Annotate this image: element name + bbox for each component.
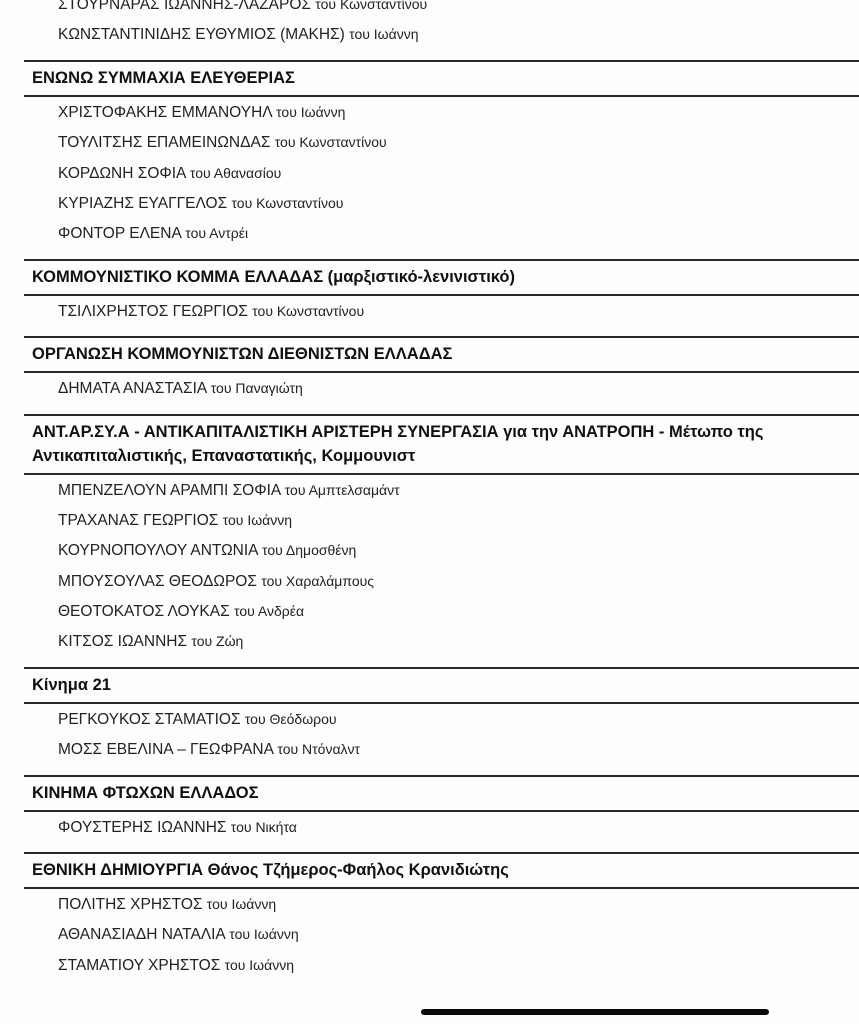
candidate-patronymic: του Ανδρέα [234, 603, 304, 619]
candidate-patronymic: του Ιωάννη [223, 512, 292, 528]
candidate-name: ΜΠΟΥΣΟΥΛΑΣ ΘΕΟΔΩΡΟΣ [58, 573, 257, 590]
candidate-row: ΑΘΑΝΑΣΙΑΔΗ ΝΑΤΑΛΙΑ του Ιωάννη [0, 919, 859, 949]
candidate-patronymic: του Ιωάννη [349, 26, 418, 42]
candidate-name: ΧΡΙΣΤΟΦΑΚΗΣ ΕΜΜΑΝΟΥΗΛ [58, 104, 272, 121]
candidate-name: ΚΩΝΣΤΑΝΤΙΝΙΔΗΣ ΕΥΘΥΜΙΟΣ (ΜΑΚΗΣ) [58, 26, 345, 43]
candidate-patronymic: του Ιωάννη [225, 957, 294, 973]
candidate-name: ΦΟΥΣΤΕΡΗΣ ΙΩΑΝΝΗΣ [58, 819, 226, 836]
candidate-row: ΚΟΥΡΝΟΠΟΥΛΟΥ ΑΝΤΩΝΙΑ του Δημοσθένη [0, 535, 859, 565]
candidate-name: ΚΥΡΙΑΖΗΣ ΕΥΑΓΓΕΛΟΣ [58, 195, 227, 212]
candidate-patronymic: του Κωνσταντίνου [275, 134, 387, 150]
candidate-patronymic: του Αθανασίου [190, 165, 281, 181]
candidate-row: ΡΕΓΚΟΥΚΟΣ ΣΤΑΜΑΤΙΟΣ του Θεόδωρου [0, 704, 859, 734]
candidate-patronymic: του Αντρέι [185, 225, 248, 241]
candidate-name: ΤΟΥΛΙΤΣΗΣ ΕΠΑΜΕΙΝΩΝΔΑΣ [58, 134, 270, 151]
candidate-name: ΣΤΑΜΑΤΙΟΥ ΧΡΗΣΤΟΣ [58, 957, 220, 974]
candidate-name: ΣΤΟΥΡΝΑΡΑΣ ΙΩΑΝΝΗΣ-ΛΑΖΑΡΟΣ [58, 0, 311, 13]
candidate-row: ΤΣΙΛΙΧΡΗΣΤΟΣ ΓΕΩΡΓΙΟΣ του Κωνσταντίνου [0, 296, 859, 326]
candidate-patronymic: του Ιωάννη [276, 104, 345, 120]
candidate-row: ΤΟΥΛΙΤΣΗΣ ΕΠΑΜΕΙΝΩΝΔΑΣ του Κωνσταντίνου [0, 127, 859, 157]
candidate-patronymic: του Ιωάννη [229, 926, 298, 942]
candidate-patronymic: του Κωνσταντίνου [315, 0, 427, 12]
candidate-row: ΚΙΤΣΟΣ ΙΩΑΝΝΗΣ του Ζώη [0, 626, 859, 656]
party-header: ΟΡΓΑΝΩΣΗ ΚΟΜΜΟΥΝΙΣΤΩΝ ΔΙΕΘΝΙΣΤΩΝ ΕΛΛΑΔΑΣ [24, 336, 859, 373]
candidate-name: ΚΟΡΔΩΝΗ ΣΟΦΙΑ [58, 165, 186, 182]
candidate-row: ΔΗΜΑΤΑ ΑΝΑΣΤΑΣΙΑ του Παναγιώτη [0, 373, 859, 403]
candidate-row: ΚΟΡΔΩΝΗ ΣΟΦΙΑ του Αθανασίου [0, 158, 859, 188]
candidate-row: ΦΟΥΣΤΕΡΗΣ ΙΩΑΝΝΗΣ του Νικήτα [0, 812, 859, 842]
candidate-row: ΜΠΟΥΣΟΥΛΑΣ ΘΕΟΔΩΡΟΣ του Χαραλάμπους [0, 566, 859, 596]
party-header: Κίνημα 21 [24, 667, 859, 704]
party-header: ΕΝΩΝΩ ΣΥΜΜΑΧΙΑ ΕΛΕΥΘΕΡΙΑΣ [24, 60, 859, 97]
candidate-row: ΘΕΟΤΟΚΑΤΟΣ ΛΟΥΚΑΣ του Ανδρέα [0, 596, 859, 626]
candidate-name: ΚΟΥΡΝΟΠΟΥΛΟΥ ΑΝΤΩΝΙΑ [58, 542, 258, 559]
candidate-name: ΜΟΣΣ ΕΒΕΛΙΝΑ – ΓΕΩΦΡΑΝΑ [58, 741, 273, 758]
candidate-row: ΜΟΣΣ ΕΒΕΛΙΝΑ – ΓΕΩΦΡΑΝΑ του Ντόναλντ [0, 734, 859, 764]
party-header: ΕΘΝΙΚΗ ΔΗΜΙΟΥΡΓΙΑ Θάνος Τζήμερος-Φαήλος … [24, 852, 859, 889]
candidate-row: ΣΤΟΥΡΝΑΡΑΣ ΙΩΑΝΝΗΣ-ΛΑΖΑΡΟΣ του Κωνσταντί… [0, 0, 859, 19]
candidate-name: ΠΟΛΙΤΗΣ ΧΡΗΣΤΟΣ [58, 896, 202, 913]
candidate-name: ΑΘΑΝΑΣΙΑΔΗ ΝΑΤΑΛΙΑ [58, 926, 225, 943]
candidate-name: ΡΕΓΚΟΥΚΟΣ ΣΤΑΜΑΤΙΟΣ [58, 711, 241, 728]
candidate-name: ΦΟΝΤΟΡ ΕΛΕΝΑ [58, 225, 181, 242]
candidate-name: ΔΗΜΑΤΑ ΑΝΑΣΤΑΣΙΑ [58, 380, 206, 397]
candidate-row: ΧΡΙΣΤΟΦΑΚΗΣ ΕΜΜΑΝΟΥΗΛ του Ιωάννη [0, 97, 859, 127]
candidate-list-document: ΣΤΟΥΡΝΑΡΑΣ ΙΩΑΝΝΗΣ-ΛΑΖΑΡΟΣ του Κωνσταντί… [0, 0, 859, 980]
candidate-patronymic: του Ντόναλντ [277, 741, 360, 757]
candidate-patronymic: του Νικήτα [231, 819, 297, 835]
candidate-name: ΤΡΑΧΑΝΑΣ ΓΕΩΡΓΙΟΣ [58, 512, 218, 529]
candidate-row: ΚΥΡΙΑΖΗΣ ΕΥΑΓΓΕΛΟΣ του Κωνσταντίνου [0, 188, 859, 218]
party-header: ΑΝΤ.ΑΡ.ΣΥ.Α - ΑΝΤΙΚΑΠΙΤΑΛΙΣΤΙΚΗ ΑΡΙΣΤΕΡΗ… [24, 414, 859, 475]
candidate-row: ΤΡΑΧΑΝΑΣ ΓΕΩΡΓΙΟΣ του Ιωάννη [0, 505, 859, 535]
candidate-patronymic: του Κωνσταντίνου [231, 195, 343, 211]
candidate-name: ΜΠΕΝΖΕΛΟΥΝ ΑΡΑΜΠΙ ΣΟΦΙΑ [58, 482, 280, 499]
party-header: ΚΟΜΜΟΥΝΙΣΤΙΚΟ ΚΟΜΜΑ ΕΛΛΑΔΑΣ (μαρξιστικό-… [24, 259, 859, 296]
candidate-patronymic: του Θεόδωρου [245, 711, 337, 727]
candidate-patronymic: του Ζώη [191, 633, 243, 649]
candidate-patronymic: του Παναγιώτη [211, 380, 303, 396]
candidate-patronymic: του Ιωάννη [207, 896, 276, 912]
candidate-patronymic: του Χαραλάμπους [261, 573, 374, 589]
candidate-name: ΤΣΙΛΙΧΡΗΣΤΟΣ ΓΕΩΡΓΙΟΣ [58, 303, 248, 320]
candidate-row: ΜΠΕΝΖΕΛΟΥΝ ΑΡΑΜΠΙ ΣΟΦΙΑ του Αμπτελσαμάντ [0, 475, 859, 505]
candidate-name: ΘΕΟΤΟΚΑΤΟΣ ΛΟΥΚΑΣ [58, 603, 230, 620]
candidate-patronymic: του Δημοσθένη [262, 542, 356, 558]
party-header: ΚΙΝΗΜΑ ΦΤΩΧΩΝ ΕΛΛΑΔΟΣ [24, 775, 859, 812]
candidate-row: ΣΤΑΜΑΤΙΟΥ ΧΡΗΣΤΟΣ του Ιωάννη [0, 950, 859, 980]
candidate-row: ΠΟΛΙΤΗΣ ΧΡΗΣΤΟΣ του Ιωάννη [0, 889, 859, 919]
candidate-patronymic: του Κωνσταντίνου [252, 303, 364, 319]
candidate-patronymic: του Αμπτελσαμάντ [285, 482, 400, 498]
candidate-row: ΦΟΝΤΟΡ ΕΛΕΝΑ του Αντρέι [0, 218, 859, 248]
candidate-name: ΚΙΤΣΟΣ ΙΩΑΝΝΗΣ [58, 633, 187, 650]
home-indicator-bar[interactable] [421, 1009, 769, 1015]
candidate-row: ΚΩΝΣΤΑΝΤΙΝΙΔΗΣ ΕΥΘΥΜΙΟΣ (ΜΑΚΗΣ) του Ιωάν… [0, 19, 859, 49]
